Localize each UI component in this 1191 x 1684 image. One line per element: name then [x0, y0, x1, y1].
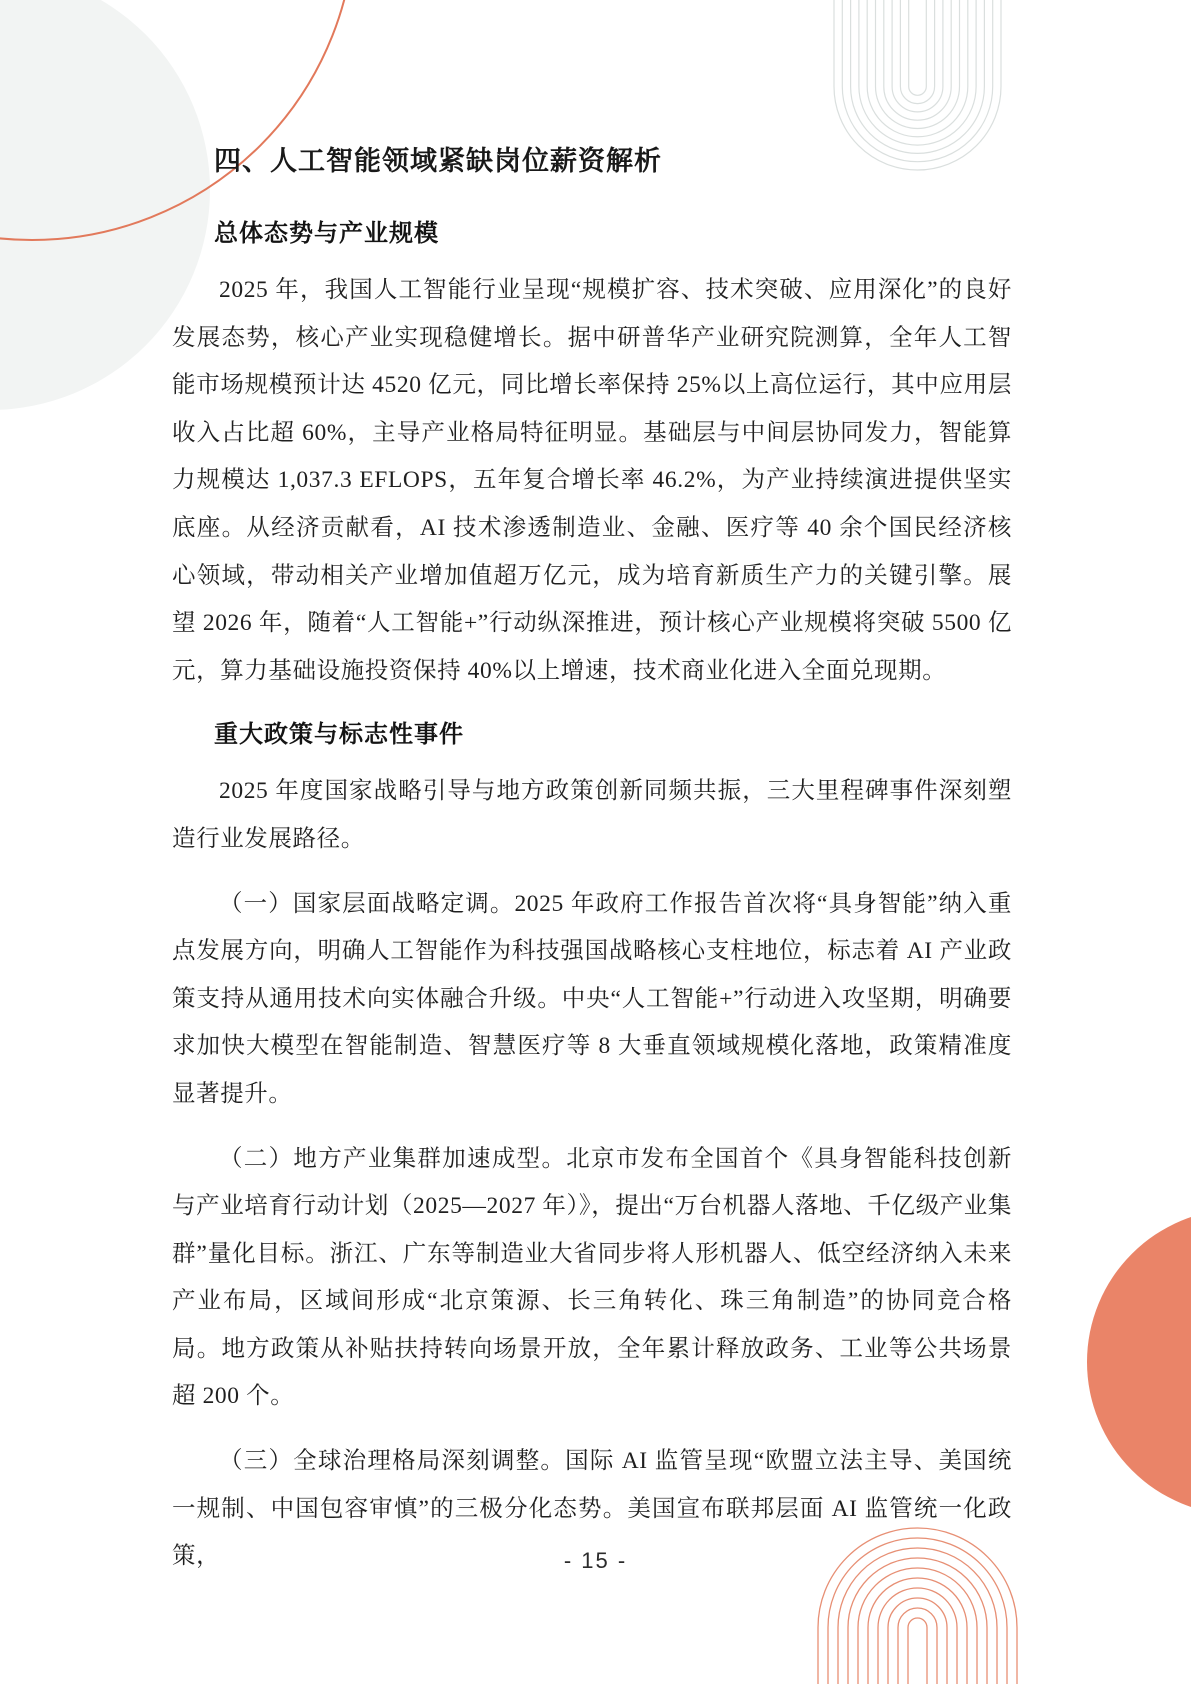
- body-paragraph: 2025 年度国家战略引导与地方政策创新同频共振，三大里程碑事件深刻塑造行业发展…: [172, 768, 1012, 863]
- coral-circle-decoration: [1087, 1209, 1191, 1515]
- section-heading: 总体态势与产业规模: [214, 218, 1012, 250]
- page-number: - 15 -: [0, 1548, 1191, 1574]
- page-title: 四、人工智能领域紧缺岗位薪资解析: [214, 143, 1012, 179]
- body-paragraph: 2025 年，我国人工智能行业呈现“规模扩容、技术突破、应用深化”的良好发展态势…: [172, 267, 1012, 695]
- body-paragraph: （一）国家层面战略定调。2025 年政府工作报告首次将“具身智能”纳入重点发展方…: [172, 881, 1012, 1119]
- document-content: 四、人工智能领域紧缺岗位薪资解析 总体态势与产业规模2025 年，我国人工智能行…: [172, 143, 1012, 1581]
- body-paragraph: （二）地方产业集群加速成型。北京市发布全国首个《具身智能科技创新与产业培育行动计…: [172, 1136, 1012, 1422]
- document-page: 四、人工智能领域紧缺岗位薪资解析 总体态势与产业规模2025 年，我国人工智能行…: [0, 0, 1191, 1684]
- document-body: 总体态势与产业规模2025 年，我国人工智能行业呈现“规模扩容、技术突破、应用深…: [172, 218, 1012, 1581]
- section-heading: 重大政策与标志性事件: [214, 719, 1012, 751]
